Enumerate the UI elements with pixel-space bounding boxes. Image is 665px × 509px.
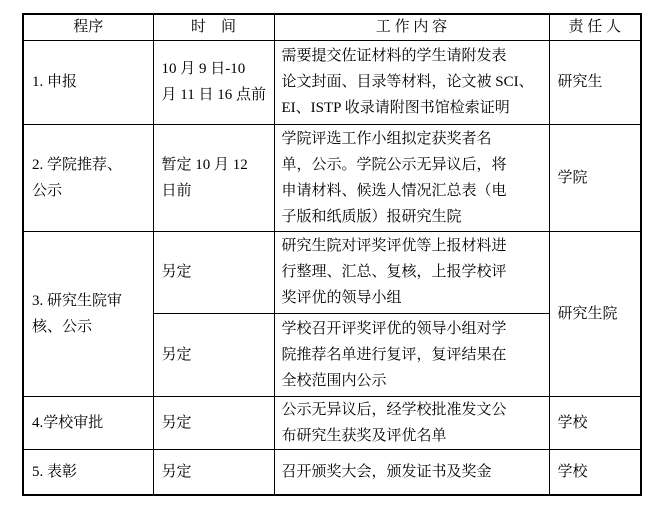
cell-time-school-approval: 另定 <box>153 396 274 449</box>
header-content: 工 作 内 容 <box>274 14 549 40</box>
table-row-declare: 1. 申报 10 月 9 日-10 月 11 日 16 点前 需要提交佐证材料的… <box>23 40 641 124</box>
table-header-row: 程序 时 间 工 作 内 容 责 任 人 <box>23 14 641 40</box>
cell-content-declare: 需要提交佐证材料的学生请附发表 论文封面、目录等材料，论文被 SCI、 EI、I… <box>274 40 549 124</box>
header-owner: 责 任 人 <box>549 14 641 40</box>
header-procedure: 程序 <box>23 14 153 40</box>
table-row-school-approval: 4.学校审批 另定 公示无异议后，经学校批准发文公 布研究生获奖及评优名单 学校 <box>23 396 641 449</box>
table-row-gradschool-review-1: 3. 研究生院审 核、公示 另定 研究生院对评奖评优等上报材料进 行整理、汇总、… <box>23 231 641 313</box>
cell-content-gradschool-review-1: 研究生院对评奖评优等上报材料进 行整理、汇总、复核，上报学校评 奖评优的领导小组 <box>274 231 549 313</box>
cell-owner-commendation: 学校 <box>549 449 641 495</box>
cell-time-gradschool-review-2: 另定 <box>153 313 274 396</box>
header-time: 时 间 <box>153 14 274 40</box>
cell-time-declare: 10 月 9 日-10 月 11 日 16 点前 <box>153 40 274 124</box>
table-row-commendation: 5. 表彰 另定 召开颁奖大会，颁发证书及奖金 学校 <box>23 449 641 495</box>
document-page: 程序 时 间 工 作 内 容 责 任 人 1. 申报 10 月 9 日-10 月… <box>0 0 665 509</box>
cell-owner-college-recommend: 学院 <box>549 124 641 231</box>
table-row-college-recommend: 2. 学院推荐、 公示 暂定 10 月 12 日前 学院评选工作小组拟定获奖者名… <box>23 124 641 231</box>
cell-content-school-approval: 公示无异议后，经学校批准发文公 布研究生获奖及评优名单 <box>274 396 549 449</box>
cell-procedure-declare: 1. 申报 <box>23 40 153 124</box>
cell-content-gradschool-review-2: 学校召开评奖评优的领导小组对学 院推荐名单进行复评，复评结果在 全校范围内公示 <box>274 313 549 396</box>
cell-owner-school-approval: 学校 <box>549 396 641 449</box>
cell-content-college-recommend: 学院评选工作小组拟定获奖者名 单，公示。学院公示无异议后，将 申请材料、候选人情… <box>274 124 549 231</box>
cell-procedure-commendation: 5. 表彰 <box>23 449 153 495</box>
cell-owner-declare: 研究生 <box>549 40 641 124</box>
cell-procedure-gradschool-review: 3. 研究生院审 核、公示 <box>23 231 153 396</box>
cell-procedure-school-approval: 4.学校审批 <box>23 396 153 449</box>
cell-time-gradschool-review-1: 另定 <box>153 231 274 313</box>
cell-procedure-college-recommend: 2. 学院推荐、 公示 <box>23 124 153 231</box>
cell-time-commendation: 另定 <box>153 449 274 495</box>
cell-content-commendation: 召开颁奖大会，颁发证书及奖金 <box>274 449 549 495</box>
cell-time-college-recommend: 暂定 10 月 12 日前 <box>153 124 274 231</box>
cell-owner-gradschool-review: 研究生院 <box>549 231 641 396</box>
procedure-table: 程序 时 间 工 作 内 容 责 任 人 1. 申报 10 月 9 日-10 月… <box>22 13 642 496</box>
